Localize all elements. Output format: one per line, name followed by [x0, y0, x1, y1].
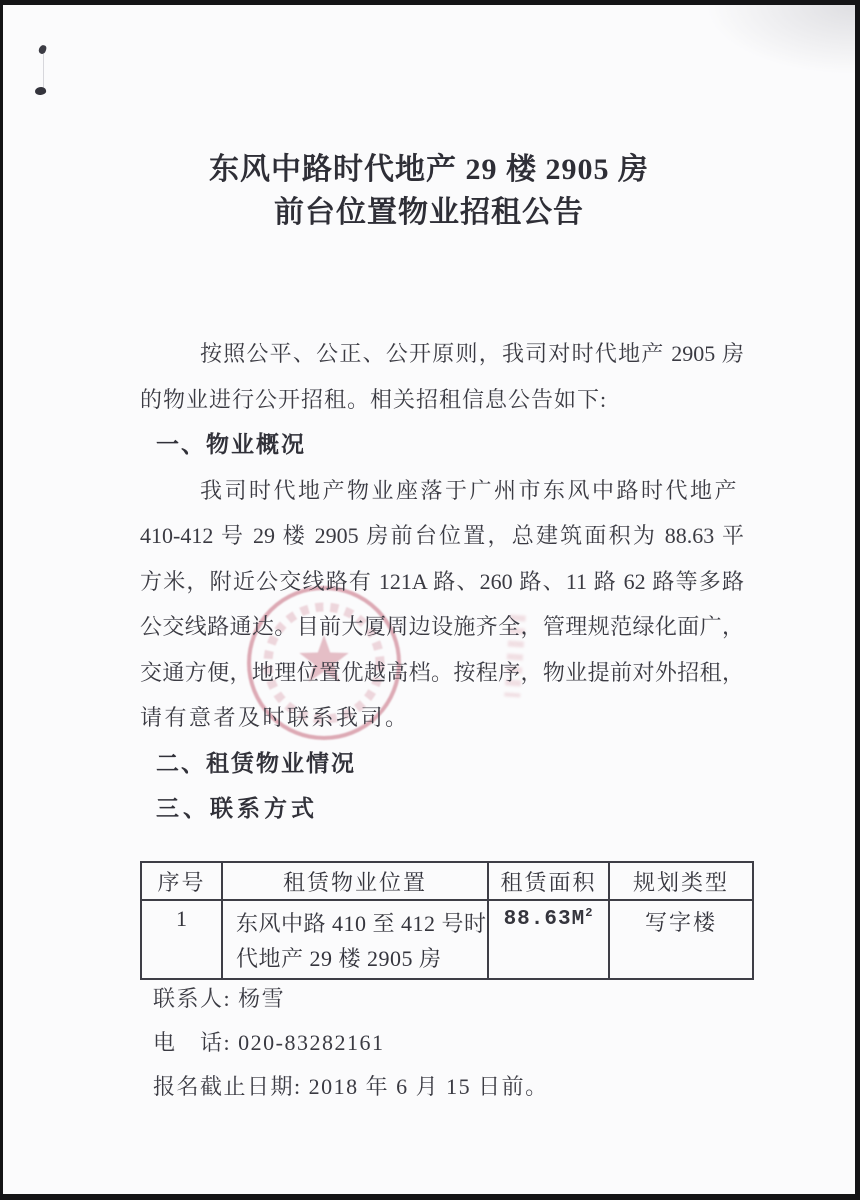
body-line: 410-412 号 29 楼 2905 房前台位置，总建筑面积为 88.63 平: [140, 513, 744, 559]
cell-location-line-2: 代地产 29 楼 2905 房: [236, 941, 487, 976]
area-value: 88.63M: [504, 908, 586, 931]
contact-person: 联系人: 杨雪: [153, 977, 549, 1021]
table-row: 1 东风中路 410 至 412 号时 代地产 29 楼 2905 房 88.6…: [141, 900, 753, 979]
table-header-no: 序号: [141, 862, 222, 900]
intro-line: 按照公平、公正、公开原则，我司对时代地产 2905 房: [140, 331, 744, 377]
document-page: 东风中路时代地产 29 楼 2905 房 前台位置物业招租公告 按照公平、公正、…: [3, 5, 855, 1194]
contact-deadline: 报名截止日期: 2018 年 6 月 15 日前。: [153, 1065, 549, 1109]
intro-line: 的物业进行公开招租。相关招租信息公告如下:: [140, 377, 744, 423]
cell-location: 东风中路 410 至 412 号时 代地产 29 楼 2905 房: [222, 900, 488, 979]
title-line-2: 前台位置物业招租公告: [3, 191, 855, 234]
section-heading-3: 三、联系方式: [140, 786, 744, 832]
cell-location-line-1: 东风中路 410 至 412 号时: [236, 906, 487, 941]
title-line-1: 东风中路时代地产 29 楼 2905 房: [3, 148, 855, 191]
document-body: 按照公平、公正、公开原则，我司对时代地产 2905 房 的物业进行公开招租。相关…: [140, 331, 744, 832]
contact-phone: 电 话: 020-83282161: [153, 1021, 549, 1065]
scan-smudge: [705, 5, 855, 75]
document-title: 东风中路时代地产 29 楼 2905 房 前台位置物业招租公告: [3, 148, 855, 234]
section-heading-1: 一、物业概况: [140, 422, 744, 468]
table-header-type: 规划类型: [609, 862, 753, 900]
body-line: 我司时代地产物业座落于广州市东风中路时代地产: [140, 468, 744, 514]
area-superscript: 2: [585, 906, 593, 920]
body-line: 交通方便，地理位置优越高档。按程序，物业提前对外招租，: [140, 650, 744, 696]
table-header-area: 租赁面积: [488, 862, 609, 900]
body-line: 方米，附近公交线路有 121A 路、260 路、11 路 62 路等多路: [140, 559, 744, 605]
contact-block: 联系人: 杨雪 电 话: 020-83282161 报名截止日期: 2018 年…: [153, 977, 549, 1109]
ink-mark: [34, 86, 47, 96]
body-line: 公交线路通达。目前大厦周边设施齐全，管理规范绿化面广，: [140, 604, 744, 650]
table-header-row: 序号 租赁物业位置 租赁面积 规划类型: [141, 862, 753, 900]
section-heading-2: 二、租赁物业情况: [140, 741, 744, 787]
scan-scratch: [43, 54, 44, 88]
cell-planning-type: 写字楼: [609, 900, 753, 979]
body-line: 请有意者及时联系我司。: [140, 695, 744, 741]
rental-table: 序号 租赁物业位置 租赁面积 规划类型 1 东风中路 410 至 412 号时 …: [140, 861, 754, 980]
cell-serial-number: 1: [141, 900, 222, 979]
cell-area: 88.63M2: [488, 900, 609, 979]
table-header-location: 租赁物业位置: [222, 862, 488, 900]
